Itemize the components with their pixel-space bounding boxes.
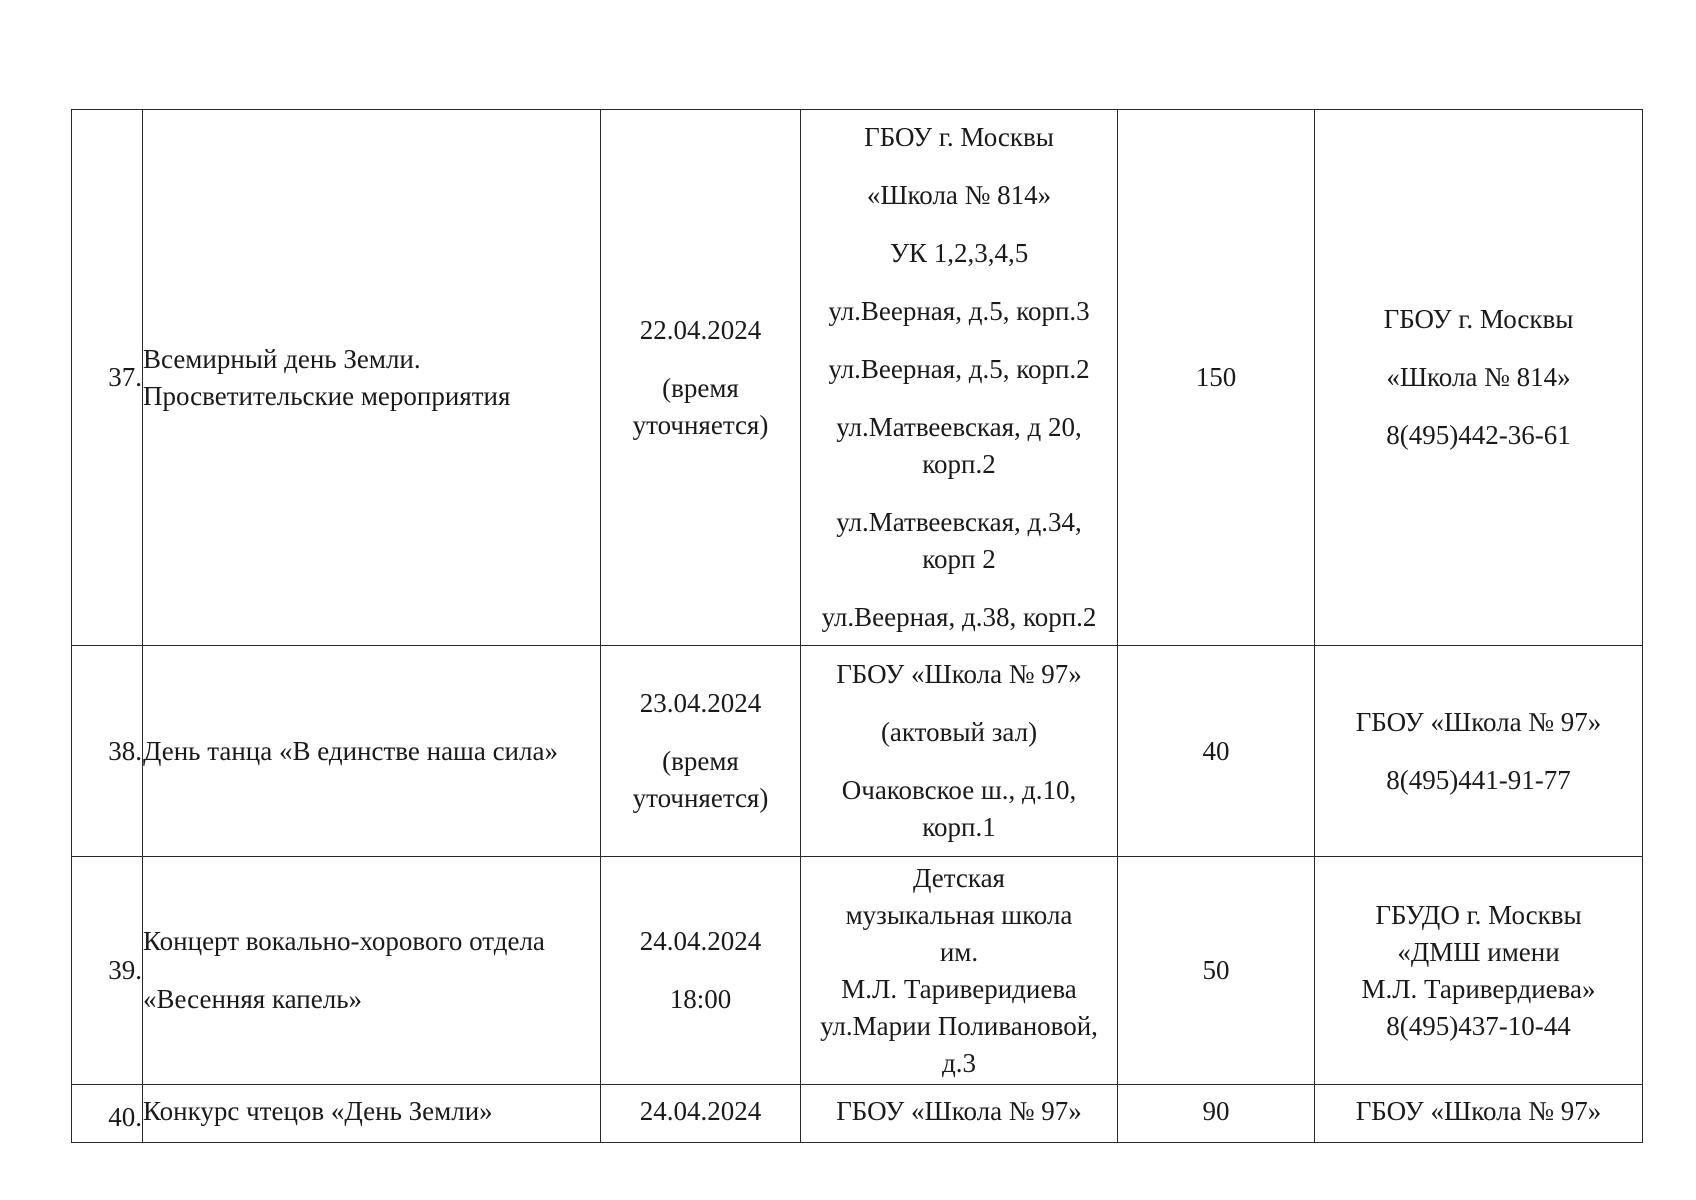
participants-count: 40	[1118, 646, 1315, 857]
place-line: ГБОУ «Школа № 97»	[801, 656, 1117, 693]
place-line: Детская музыкальная школа им.	[801, 860, 1117, 971]
place-line: Очаковское ш., д.10, корп.1	[801, 772, 1117, 846]
event-date: 24.04.2024	[601, 1085, 801, 1143]
event-place: Детская музыкальная школа им. М.Л. Тарив…	[801, 857, 1118, 1085]
place-line: ул.Марии Поливановой, д.3	[801, 1008, 1117, 1082]
event-name-line: Всемирный день Земли.	[143, 341, 600, 378]
organizer-line: ГБОУ «Школа № 97»	[1315, 704, 1642, 741]
time-note: (время уточняется)	[601, 370, 800, 444]
organizer-line: ГБУДО г. Москвы	[1315, 897, 1642, 934]
place-line: ГБОУ г. Москвы	[801, 119, 1117, 156]
event-name-line: «Весенняя капель»	[143, 981, 600, 1018]
organizer-line: ГБОУ г. Москвы	[1315, 301, 1642, 338]
organizer-phone: 8(495)437-10-44	[1315, 1008, 1642, 1045]
event-name: Всемирный день Земли. Просветительские м…	[143, 110, 601, 646]
place-line: «Школа № 814»	[801, 177, 1117, 214]
date-value: 23.04.2024	[601, 685, 800, 722]
event-place: ГБОУ г. Москвы «Школа № 814» УК 1,2,3,4,…	[801, 110, 1118, 646]
event-place: ГБОУ «Школа № 97» (актовый зал) Очаковск…	[801, 646, 1118, 857]
event-name-line: Концерт вокально-хорового отдела	[143, 923, 600, 960]
event-date: 22.04.2024 (время уточняется)	[601, 110, 801, 646]
organizer-phone: 8(495)442-36-61	[1315, 417, 1642, 454]
event-date: 24.04.2024 18:00	[601, 857, 801, 1085]
row-number: 38.	[72, 646, 143, 857]
event-date: 23.04.2024 (время уточняется)	[601, 646, 801, 857]
place-line: ул.Матвеевская, д 20, корп.2	[801, 409, 1117, 483]
place-line: ул.Веерная, д.38, корп.2	[801, 599, 1117, 636]
event-name-line: Просветительские мероприятия	[143, 378, 600, 415]
organizer: ГБОУ г. Москвы «Школа № 814» 8(495)442-3…	[1315, 110, 1643, 646]
event-place: ГБОУ «Школа № 97»	[801, 1085, 1118, 1143]
event-name: Концерт вокально-хорового отдела «Весенн…	[143, 857, 601, 1085]
place-line: УК 1,2,3,4,5	[801, 235, 1117, 272]
row-number: 37.	[72, 110, 143, 646]
event-name: День танца «В единстве наша сила»	[143, 646, 601, 857]
events-table: 37. Всемирный день Земли. Просветительск…	[71, 109, 1643, 1143]
organizer: ГБОУ «Школа № 97» 8(495)441-91-77	[1315, 646, 1643, 857]
organizer-line: «ДМШ имени	[1315, 934, 1642, 971]
table-row: 37. Всемирный день Земли. Просветительск…	[72, 110, 1643, 646]
participants-count: 150	[1118, 110, 1315, 646]
table-row: 40. Конкурс чтецов «День Земли» 24.04.20…	[72, 1085, 1643, 1143]
participants-count: 50	[1118, 857, 1315, 1085]
place-line: (актовый зал)	[801, 714, 1117, 751]
place-line: ул.Веерная, д.5, корп.2	[801, 351, 1117, 388]
organizer: ГБОУ «Школа № 97»	[1315, 1085, 1643, 1143]
row-number: 39.	[72, 857, 143, 1085]
table-row: 38. День танца «В единстве наша сила» 23…	[72, 646, 1643, 857]
date-value: 24.04.2024	[601, 923, 800, 960]
place-line: ул.Матвеевская, д.34, корп 2	[801, 504, 1117, 578]
time-value: 18:00	[601, 981, 800, 1018]
organizer: ГБУДО г. Москвы «ДМШ имени М.Л. Тариверд…	[1315, 857, 1643, 1085]
organizer-line: М.Л. Таривердиева»	[1315, 971, 1642, 1008]
event-name: Конкурс чтецов «День Земли»	[143, 1085, 601, 1143]
place-line: ул.Веерная, д.5, корп.3	[801, 293, 1117, 330]
organizer-line: «Школа № 814»	[1315, 359, 1642, 396]
place-line: М.Л. Тариверидиева	[801, 971, 1117, 1008]
event-name-line: День танца «В единстве наша сила»	[143, 733, 600, 770]
row-number: 40.	[72, 1085, 143, 1143]
table-row: 39. Концерт вокально-хорового отдела «Ве…	[72, 857, 1643, 1085]
organizer-phone: 8(495)441-91-77	[1315, 762, 1642, 799]
date-value: 22.04.2024	[601, 312, 800, 349]
participants-count: 90	[1118, 1085, 1315, 1143]
time-note: (время уточняется)	[601, 743, 800, 817]
